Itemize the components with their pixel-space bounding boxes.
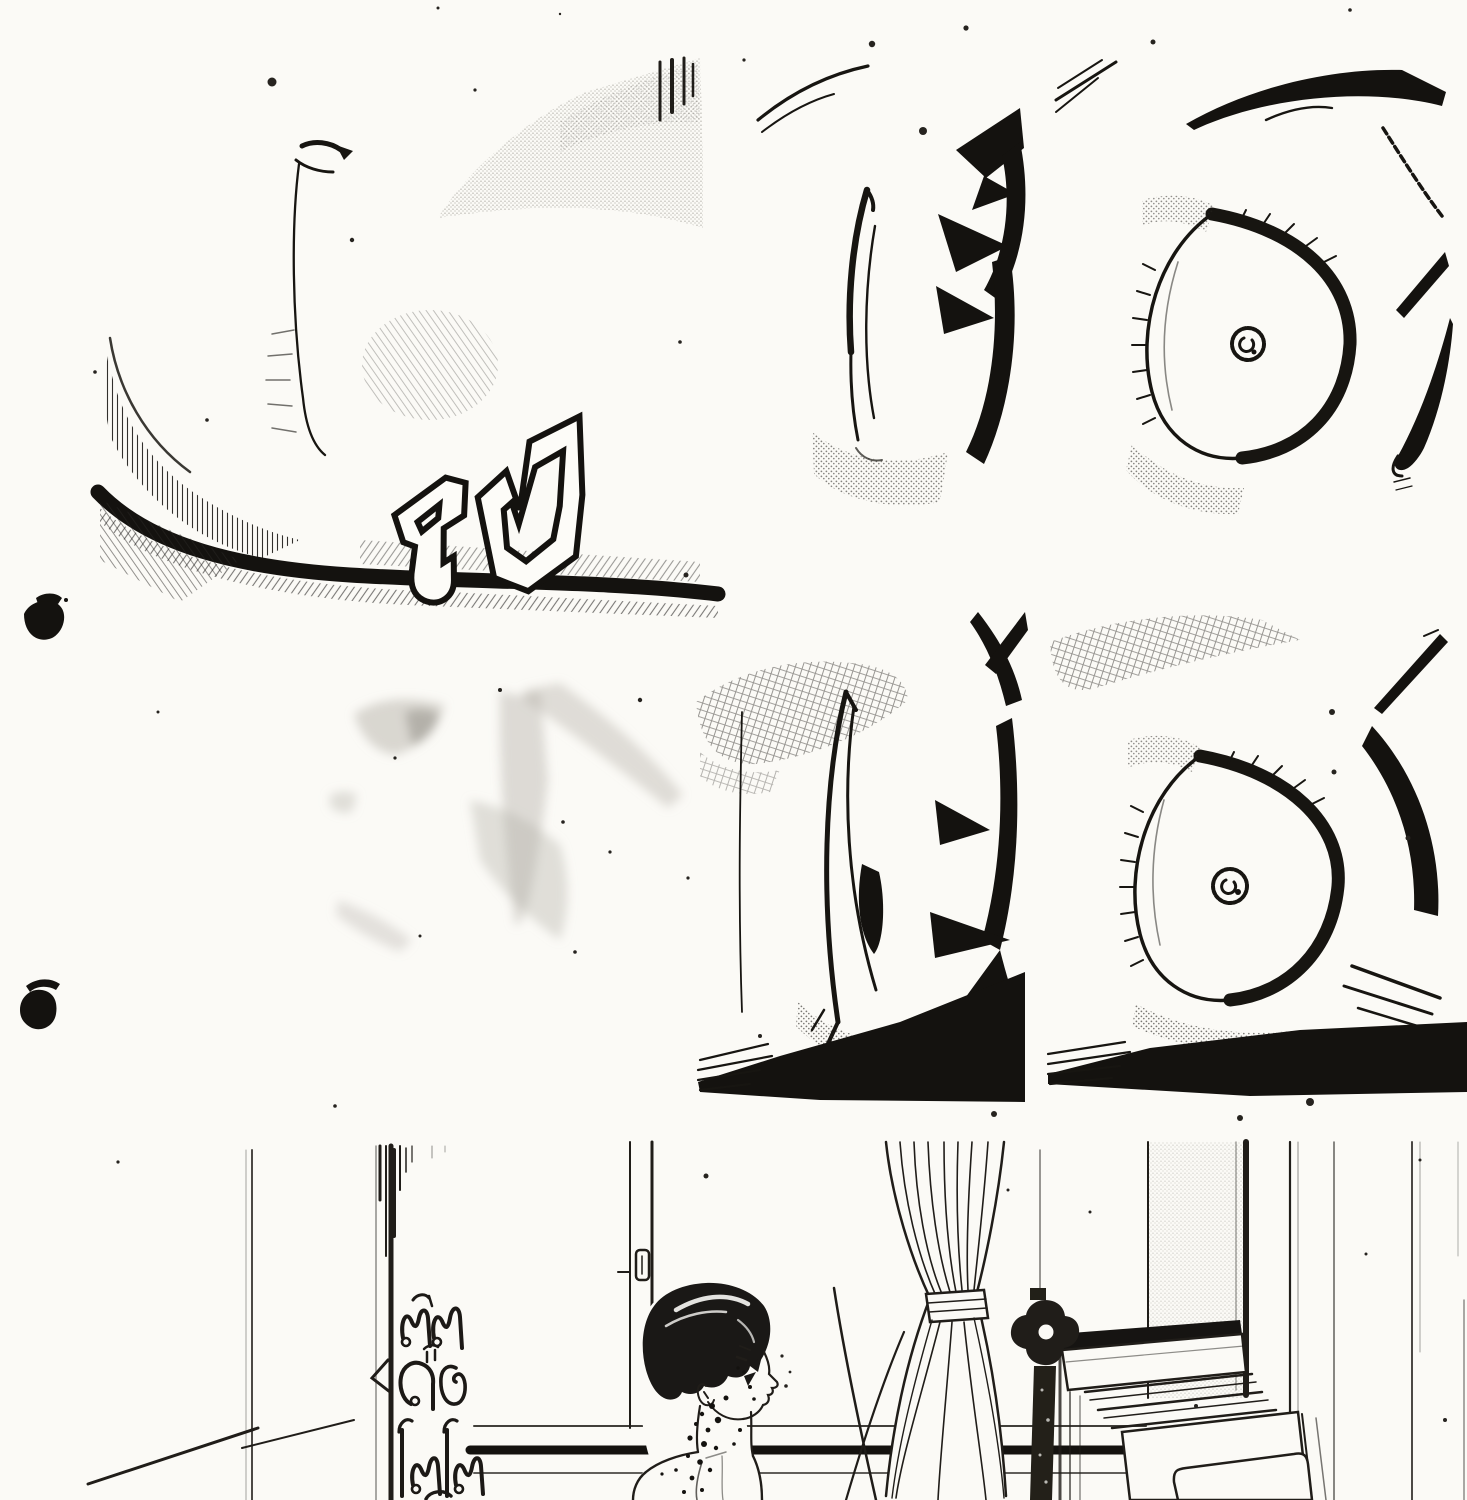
lip-blob <box>336 145 353 160</box>
bottom-scene <box>88 1142 1464 1500</box>
panel-faint-afterimage <box>330 683 683 952</box>
pupil-ring <box>1232 328 1264 360</box>
lip-shadow <box>302 143 341 150</box>
pupil-inner-arc <box>1240 338 1254 351</box>
panel-eye-opening <box>696 612 1028 1102</box>
hair-blade-2 <box>1395 318 1453 470</box>
under-brow-flick <box>1266 107 1332 120</box>
inner-faint-arc <box>1153 800 1164 945</box>
panel-eye-closed <box>758 66 1025 505</box>
upper-lash <box>850 190 867 352</box>
stipple-above <box>1128 736 1200 772</box>
hair-blades-lower <box>1344 966 1440 1028</box>
pupil-inner-arc <box>1222 880 1236 893</box>
left-lash-fringe <box>1132 264 1155 424</box>
ink-blob-bottom <box>20 990 56 1030</box>
chin-cleft-line <box>294 164 325 455</box>
stipple-above <box>1142 196 1214 232</box>
pupil-dot <box>1252 350 1257 355</box>
manga-page: วูบ ฉัน คือ โมโม <box>0 0 1467 1500</box>
stipple-below <box>1126 444 1244 514</box>
ink-blobs <box>20 594 68 1030</box>
brow-crosshatch <box>1050 615 1300 690</box>
cleft-hatch <box>266 330 296 432</box>
panel-eye-open-top <box>1056 60 1453 514</box>
eyebrow-curve <box>758 66 868 120</box>
curtain <box>886 1142 1006 1500</box>
upper-lash-tail <box>851 352 858 440</box>
corner-lashes <box>1056 60 1116 112</box>
floor-diagonal-2 <box>242 1420 354 1448</box>
ink-blob-top <box>24 600 64 639</box>
under-eye-stipple <box>812 432 948 505</box>
easel-knob-hole <box>1039 1325 1054 1340</box>
mouth-line <box>296 160 333 172</box>
window <box>470 1142 1246 1473</box>
curtain-tie <box>926 1290 988 1322</box>
manga-artwork <box>0 0 1467 1500</box>
eyebrow-band <box>1186 70 1446 130</box>
left-lash-fringe <box>1120 806 1143 966</box>
hair-blades <box>930 612 1028 1020</box>
top-hair-blade <box>1374 634 1448 714</box>
cheek-tone <box>362 310 498 420</box>
boy-figure <box>633 1282 778 1500</box>
floor-diagonal-1 <box>88 1428 258 1484</box>
iris-rim-thick <box>1200 756 1338 1000</box>
pupil-ring <box>1213 869 1247 903</box>
hair-strand-broken <box>1383 128 1442 216</box>
dialogue-lettering <box>399 1295 483 1499</box>
hair-crescent <box>1362 726 1438 916</box>
easel <box>1011 1288 1079 1500</box>
hair-blade-1 <box>1396 252 1449 318</box>
inner-faint-arc <box>1164 262 1178 410</box>
lash-flick <box>867 190 873 210</box>
dialogue-word-3 <box>399 1420 483 1496</box>
dialogue-word-2 <box>400 1345 465 1409</box>
eyebrow-curve-2 <box>762 94 834 132</box>
hair-blades <box>936 108 1025 464</box>
door-frame <box>88 1146 445 1500</box>
brow-crosshatch <box>696 662 908 765</box>
dialogue-word-1 <box>402 1295 462 1348</box>
panel-eye-open-bottom <box>1048 615 1467 1096</box>
inner-lid-line <box>866 226 875 418</box>
door-notch <box>372 1360 390 1392</box>
pupil-dot <box>1235 889 1241 895</box>
easel-bar <box>1030 1366 1056 1500</box>
